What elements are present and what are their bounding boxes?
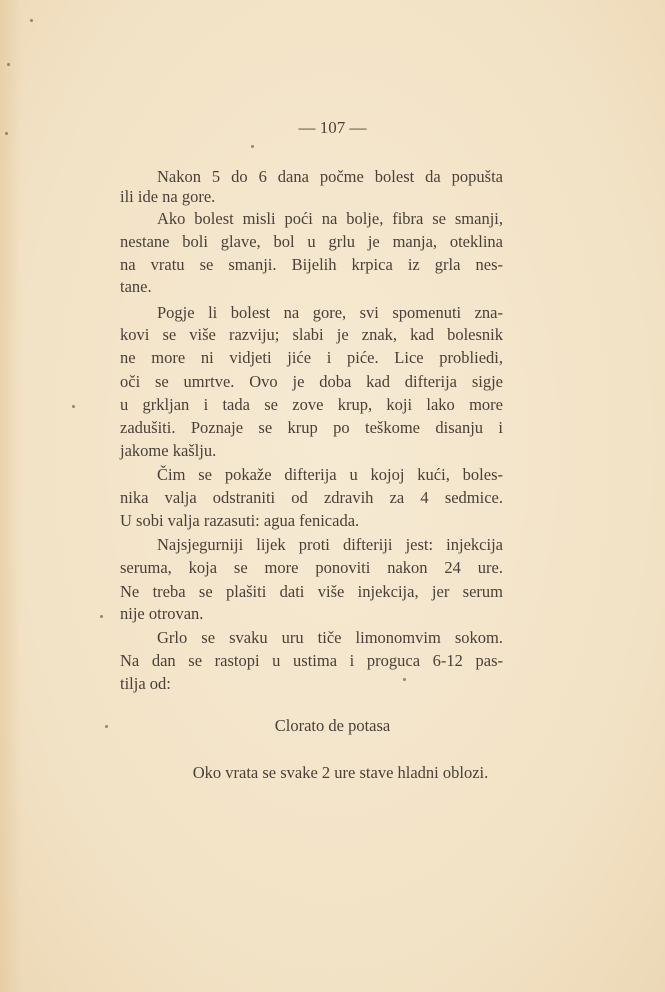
page-number: — 107 — bbox=[0, 118, 665, 138]
paragraph-3-line-5: u grkljan i tada se zove krup, koji lako… bbox=[120, 395, 503, 415]
paragraph-1-line-1: Nakon 5 do 6 dana počme bolest da popušt… bbox=[157, 167, 503, 187]
paragraph-4-line-3: U sobi valja razasuti: agua fenicada. bbox=[120, 511, 503, 531]
formula-line: Clorato de potasa bbox=[0, 716, 665, 736]
paper-speck bbox=[105, 725, 108, 728]
paragraph-3-line-7: jakome kašlju. bbox=[120, 441, 503, 461]
paragraph-1-line-2: ili ide na gore. bbox=[120, 187, 503, 207]
paper-speck bbox=[251, 145, 254, 148]
paper-speck bbox=[72, 405, 75, 408]
paragraph-2-line-2: nestane boli glave, bol u grlu je manja,… bbox=[120, 232, 503, 252]
paragraph-5-line-1: Najsjegurniji lijek proti difteriji jest… bbox=[157, 535, 503, 555]
paragraph-4-line-1: Čim se pokaže difterija u kojoj kući, bo… bbox=[157, 465, 503, 485]
paragraph-6-line-1: Grlo se svaku uru tiče limonomvim sokom. bbox=[157, 628, 503, 648]
paragraph-3-line-1: Pogje li bolest na gore, svi spomenuti z… bbox=[157, 303, 503, 323]
paragraph-3-line-6: zadušiti. Poznaje se krup po teškome dis… bbox=[120, 418, 503, 438]
paper-speck bbox=[100, 615, 103, 618]
closing-instruction: Oko vrata se svake 2 ure stave hladni ob… bbox=[8, 763, 665, 783]
paragraph-6-line-3: tilja od: bbox=[120, 674, 503, 694]
book-page: — 107 — Nakon 5 do 6 dana počme bolest d… bbox=[0, 0, 665, 992]
paragraph-2-line-1: Ako bolest misli poći na bolje, fibra se… bbox=[157, 209, 503, 229]
paragraph-4-line-2: nika valja odstraniti od zdravih za 4 se… bbox=[120, 488, 503, 508]
paragraph-3-line-2: kovi se više razviju; slabi je znak, kad… bbox=[120, 325, 503, 345]
paragraph-2-line-4: tane. bbox=[120, 277, 503, 297]
paper-speck bbox=[403, 678, 406, 681]
paragraph-3-line-3: ne more ni vidjeti jiće i piće. Lice pro… bbox=[120, 348, 503, 368]
paper-speck bbox=[30, 19, 33, 22]
paper-speck bbox=[7, 63, 10, 66]
paragraph-5-line-2: seruma, koja se more ponoviti nakon 24 u… bbox=[120, 558, 503, 578]
paragraph-5-line-3: Ne treba se plašiti dati više injekcija,… bbox=[120, 582, 503, 602]
paragraph-3-line-4: oči se umrtve. Ovo je doba kad difterija… bbox=[120, 372, 503, 392]
paragraph-5-line-4: nije otrovan. bbox=[120, 604, 503, 624]
paper-speck bbox=[5, 132, 8, 135]
paragraph-2-line-3: na vratu se smanji. Bijelih krpica iz gr… bbox=[120, 255, 503, 275]
paragraph-6-line-2: Na dan se rastopi u ustima i proguca 6-1… bbox=[120, 651, 503, 671]
